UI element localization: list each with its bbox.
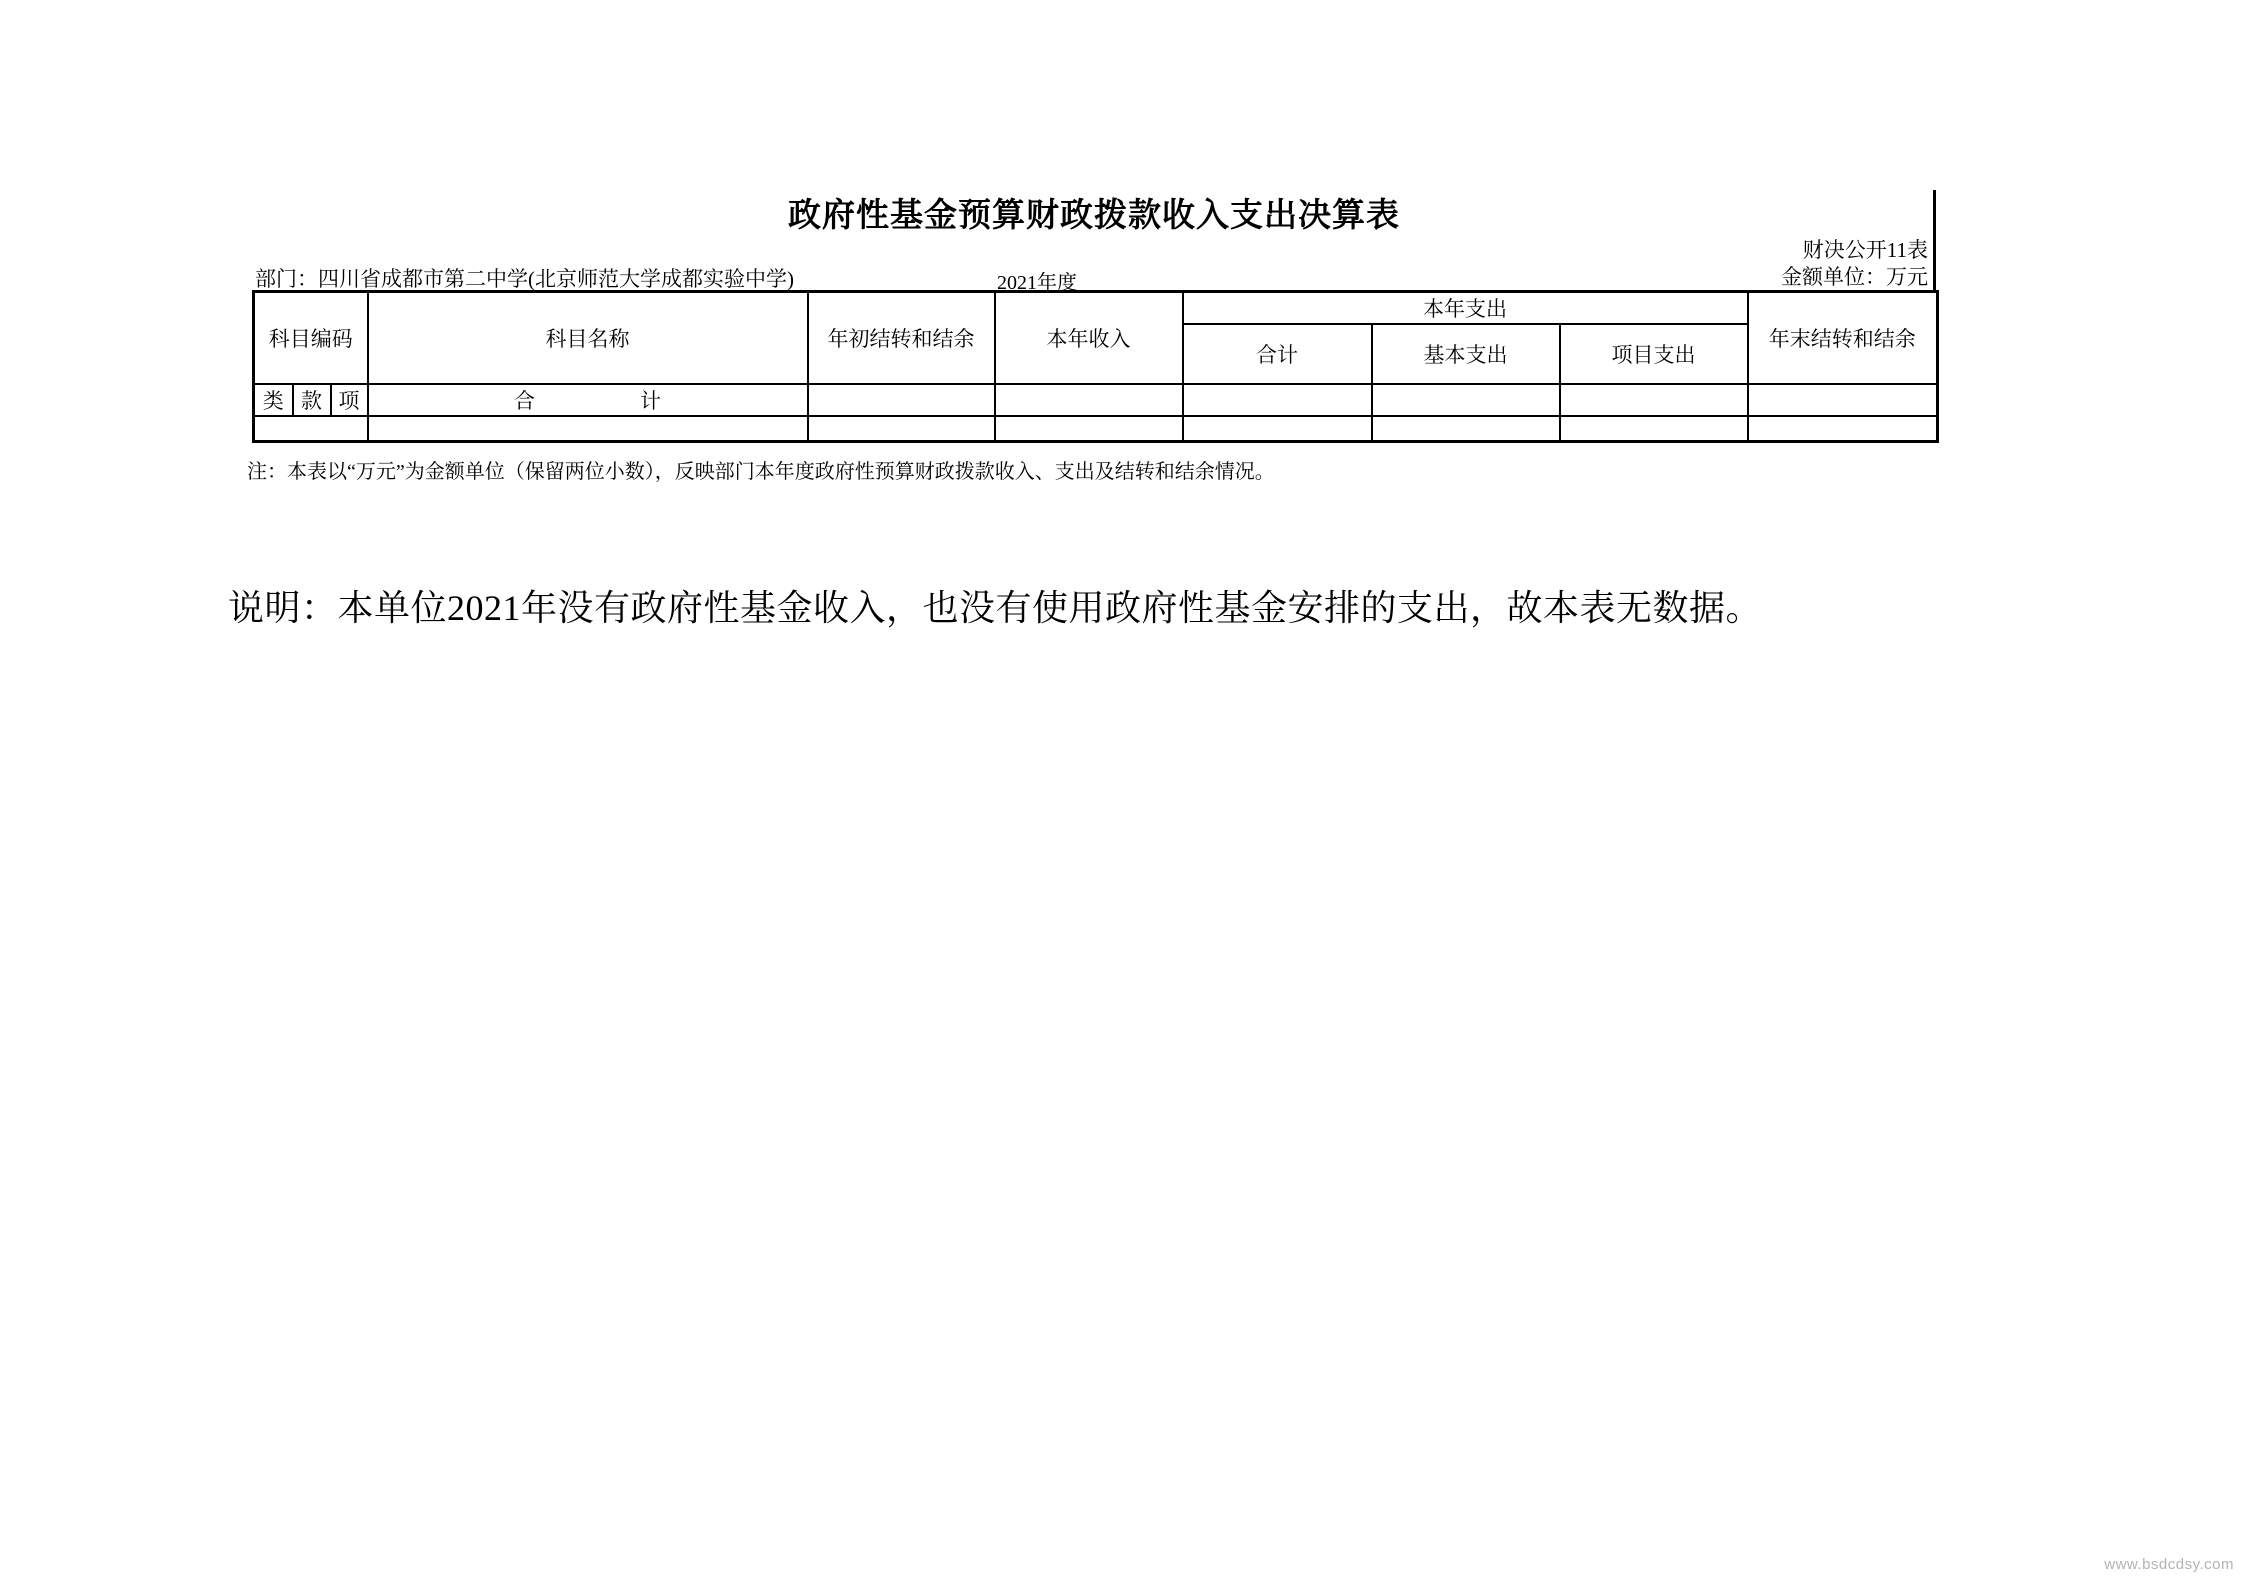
code-item-label: 项: [331, 384, 368, 416]
total-row: 类 款 项 合 计: [254, 384, 1938, 416]
table-cell: [1183, 384, 1372, 416]
table-cell: [808, 384, 995, 416]
table-cell: [808, 416, 995, 441]
header-subject-name: 科目名称: [368, 292, 808, 385]
right-edge-rule: [1933, 190, 1936, 292]
table-cell: [1372, 384, 1560, 416]
header-subject-code: 科目编码: [254, 292, 368, 385]
header-beginning-balance: 年初结转和结余: [808, 292, 995, 385]
code-section-label: 款: [293, 384, 331, 416]
header-yearend-balance: 年末结转和结余: [1748, 292, 1938, 385]
table-cell: [1748, 384, 1938, 416]
table-note: 注：本表以“万元”为金额单位（保留两位小数），反映部门本年度政府性预算财政拨款收…: [247, 455, 1275, 484]
doc-code-label: 财决公开11表: [1400, 237, 1928, 264]
header-current-year-income: 本年收入: [995, 292, 1183, 385]
total-row-label: 合 计: [368, 384, 808, 416]
table-cell: [995, 416, 1183, 441]
doc-meta: 财决公开11表 金额单位：万元: [1400, 237, 1928, 291]
department-label: 部门：四川省成都市第二中学(北京师范大学成都实验中学): [255, 263, 794, 293]
header-row-top: 科目编码 科目名称 年初结转和结余 本年收入 本年支出 年末结转和结余: [254, 292, 1938, 325]
table-cell: [254, 416, 368, 441]
table-cell: [368, 416, 808, 441]
code-class-label: 类: [254, 384, 293, 416]
table-cell: [1748, 416, 1938, 441]
table-cell: [1183, 416, 1372, 441]
watermark: www.bsdcdsy.com: [2104, 1556, 2234, 1573]
fiscal-table: 科目编码 科目名称 年初结转和结余 本年收入 本年支出 年末结转和结余 合计 基…: [252, 290, 1939, 443]
header-basic-expenditure: 基本支出: [1372, 324, 1560, 384]
table-cell: [1560, 416, 1748, 441]
amount-unit-label: 金额单位：万元: [1400, 264, 1928, 291]
header-expenditure-total: 合计: [1183, 324, 1372, 384]
document-page: 政府性基金预算财政拨款收入支出决算表 财决公开11表 金额单位：万元 部门：四川…: [0, 0, 2245, 1587]
header-project-expenditure: 项目支出: [1560, 324, 1748, 384]
table-cell: [995, 384, 1183, 416]
header-current-year-expenditure: 本年支出: [1183, 292, 1748, 325]
statement-text: 说明：本单位2021年没有政府性基金收入，也没有使用政府性基金安排的支出，故本表…: [228, 580, 1762, 631]
page-title: 政府性基金预算财政拨款收入支出决算表: [252, 189, 1936, 236]
table-cell: [1560, 384, 1748, 416]
empty-row: [254, 416, 1938, 441]
table-cell: [1372, 416, 1560, 441]
